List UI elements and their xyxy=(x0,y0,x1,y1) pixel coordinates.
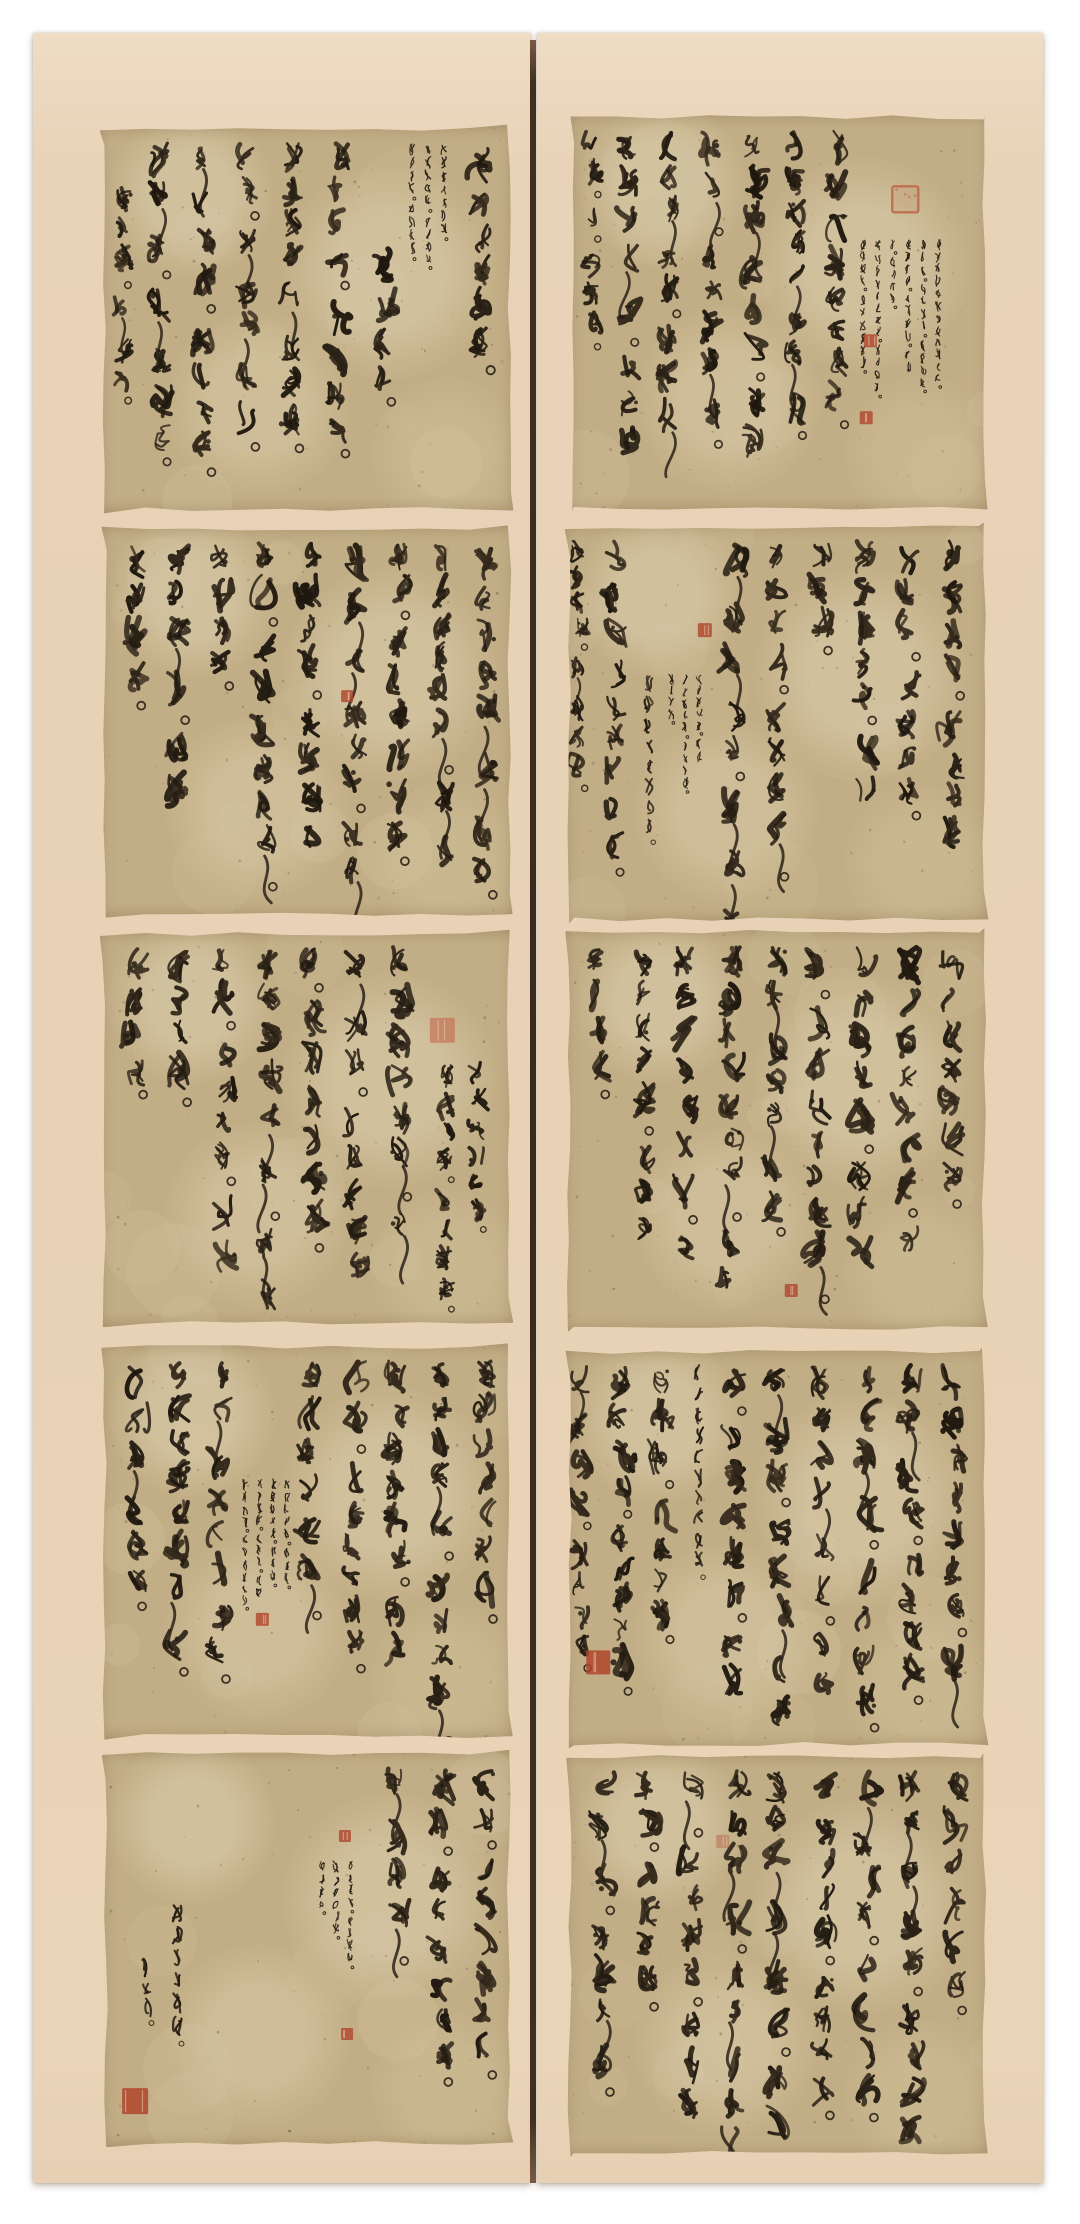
red-seal xyxy=(698,623,712,637)
calligraphy-panel-L4 xyxy=(101,1343,514,1741)
artwork-canvas xyxy=(0,0,1080,2224)
calligraphy-panel-R1 xyxy=(569,112,988,512)
red-seal xyxy=(339,1830,351,1842)
ink-columns-R3 xyxy=(565,928,989,1333)
red-seal xyxy=(341,690,353,702)
red-seal xyxy=(341,2028,353,2040)
calligraphy-panel-R2 xyxy=(565,523,989,924)
calligraphy-panel-L3 xyxy=(100,930,514,1328)
calligraphy-panel-L1 xyxy=(100,125,514,514)
red-seal xyxy=(586,1650,610,1674)
ink-columns-R4 xyxy=(566,1348,989,1749)
calligraphy-panel-R4 xyxy=(566,1348,989,1749)
red-seal xyxy=(860,411,873,424)
ink-columns-L2 xyxy=(101,525,514,919)
red-seal xyxy=(430,1018,455,1043)
red-seal xyxy=(256,1613,269,1626)
ink-columns-L4 xyxy=(101,1343,514,1741)
ink-columns-R5 xyxy=(566,1753,989,2158)
ink-columns-L5 xyxy=(102,1750,513,2147)
calligraphy-panel-R3 xyxy=(565,928,989,1333)
red-seal xyxy=(122,2088,148,2114)
calligraphy-panel-L5 xyxy=(102,1750,513,2147)
scroll-seam-divider xyxy=(530,40,536,2183)
red-seal xyxy=(785,1284,798,1297)
ink-columns-L3 xyxy=(100,930,514,1328)
ink-columns-R1 xyxy=(569,112,988,512)
calligraphy-panel-R5 xyxy=(566,1753,989,2158)
calligraphy-panel-L2 xyxy=(101,525,514,919)
red-seal xyxy=(892,186,918,212)
ink-columns-L1 xyxy=(100,125,514,514)
ink-columns-R2 xyxy=(565,523,989,924)
red-seal xyxy=(716,1835,729,1848)
red-seal xyxy=(864,334,877,347)
